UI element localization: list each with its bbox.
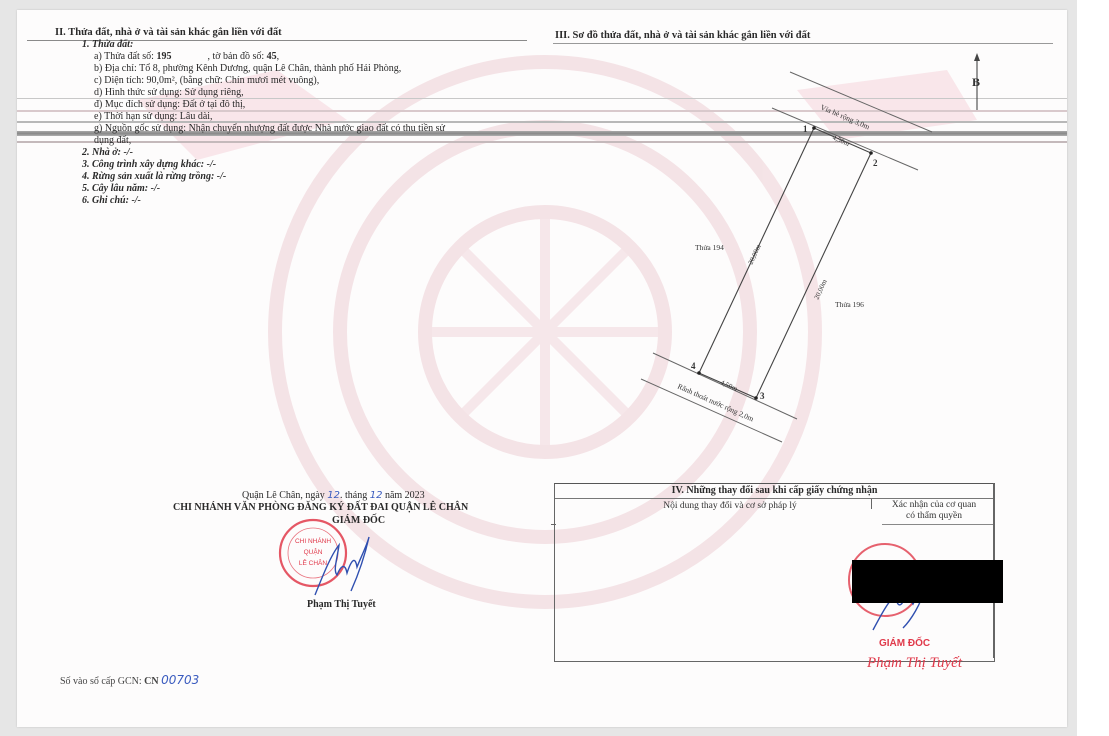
confirm-signer-script: Phạm Thị Tuyết	[867, 655, 962, 672]
registry-number: Số vào sổ cấp GCN: CN 00703	[60, 673, 199, 687]
neighbor-left-label: Thửa 194	[695, 243, 724, 252]
section-iv-title: IV. Những thay đổi sau khi cấp giấy chứn…	[555, 484, 994, 499]
north-label: B	[972, 75, 980, 89]
parcel-vertices	[697, 126, 873, 400]
point-3-label: 3	[760, 391, 765, 401]
edge-bottom-length: 4,50m	[719, 379, 739, 394]
edge-left-length: 20,00m	[747, 243, 763, 266]
svg-text:LÊ CHÂN: LÊ CHÂN	[299, 558, 327, 567]
signer-name: Phạm Thị Tuyết	[307, 599, 376, 610]
svg-text:CHI NHÁNH: CHI NHÁNH	[295, 536, 331, 545]
redaction-box	[852, 560, 1003, 603]
place-date: Quận Lê Chân, ngày 12. tháng 12 năm 2023	[242, 490, 425, 501]
handwritten-registry-no: 00703	[161, 673, 199, 687]
parcel-outline	[699, 128, 871, 398]
edge-right-length: 20,00m	[813, 278, 829, 301]
issuing-agency: CHI NHÁNH VĂN PHÒNG ĐĂNG KÝ ĐẤT ĐAI QUẬN…	[173, 502, 468, 513]
sidewalk-label: Vỉa hè rộng 3,0m	[819, 103, 871, 132]
confirm-position: GIÁM ĐỐC	[879, 638, 930, 649]
point-1-label: 1	[803, 124, 808, 134]
handwritten-day: 12	[327, 490, 340, 501]
certificate-page: II. Thửa đất, nhà ở và tài sản khác gắn …	[17, 10, 1067, 727]
confirm-divider	[882, 524, 994, 525]
handwritten-month: 12	[370, 490, 383, 501]
position-title: GIÁM ĐỐC	[332, 515, 385, 526]
svg-text:QUẬN: QUẬN	[304, 547, 323, 556]
column-divider	[871, 499, 872, 509]
official-stamp: CHI NHÁNH QUẬN LÊ CHÂN	[275, 515, 395, 605]
drain-label: Rãnh thoát nước rộng 2,0m	[676, 382, 755, 424]
point-4-label: 4	[691, 361, 696, 371]
tick-mark	[551, 524, 556, 525]
neighbor-right-label: Thửa 196	[835, 300, 864, 309]
point-2-label: 2	[873, 158, 878, 168]
edge-top-length: 4,50m	[831, 134, 851, 149]
col-confirm-header: Xác nhận của cơ quan có thẩm quyền	[873, 500, 995, 522]
col-changes-header: Nội dung thay đổi và cơ sở pháp lý	[615, 501, 845, 511]
north-arrow-icon: B	[972, 53, 980, 110]
